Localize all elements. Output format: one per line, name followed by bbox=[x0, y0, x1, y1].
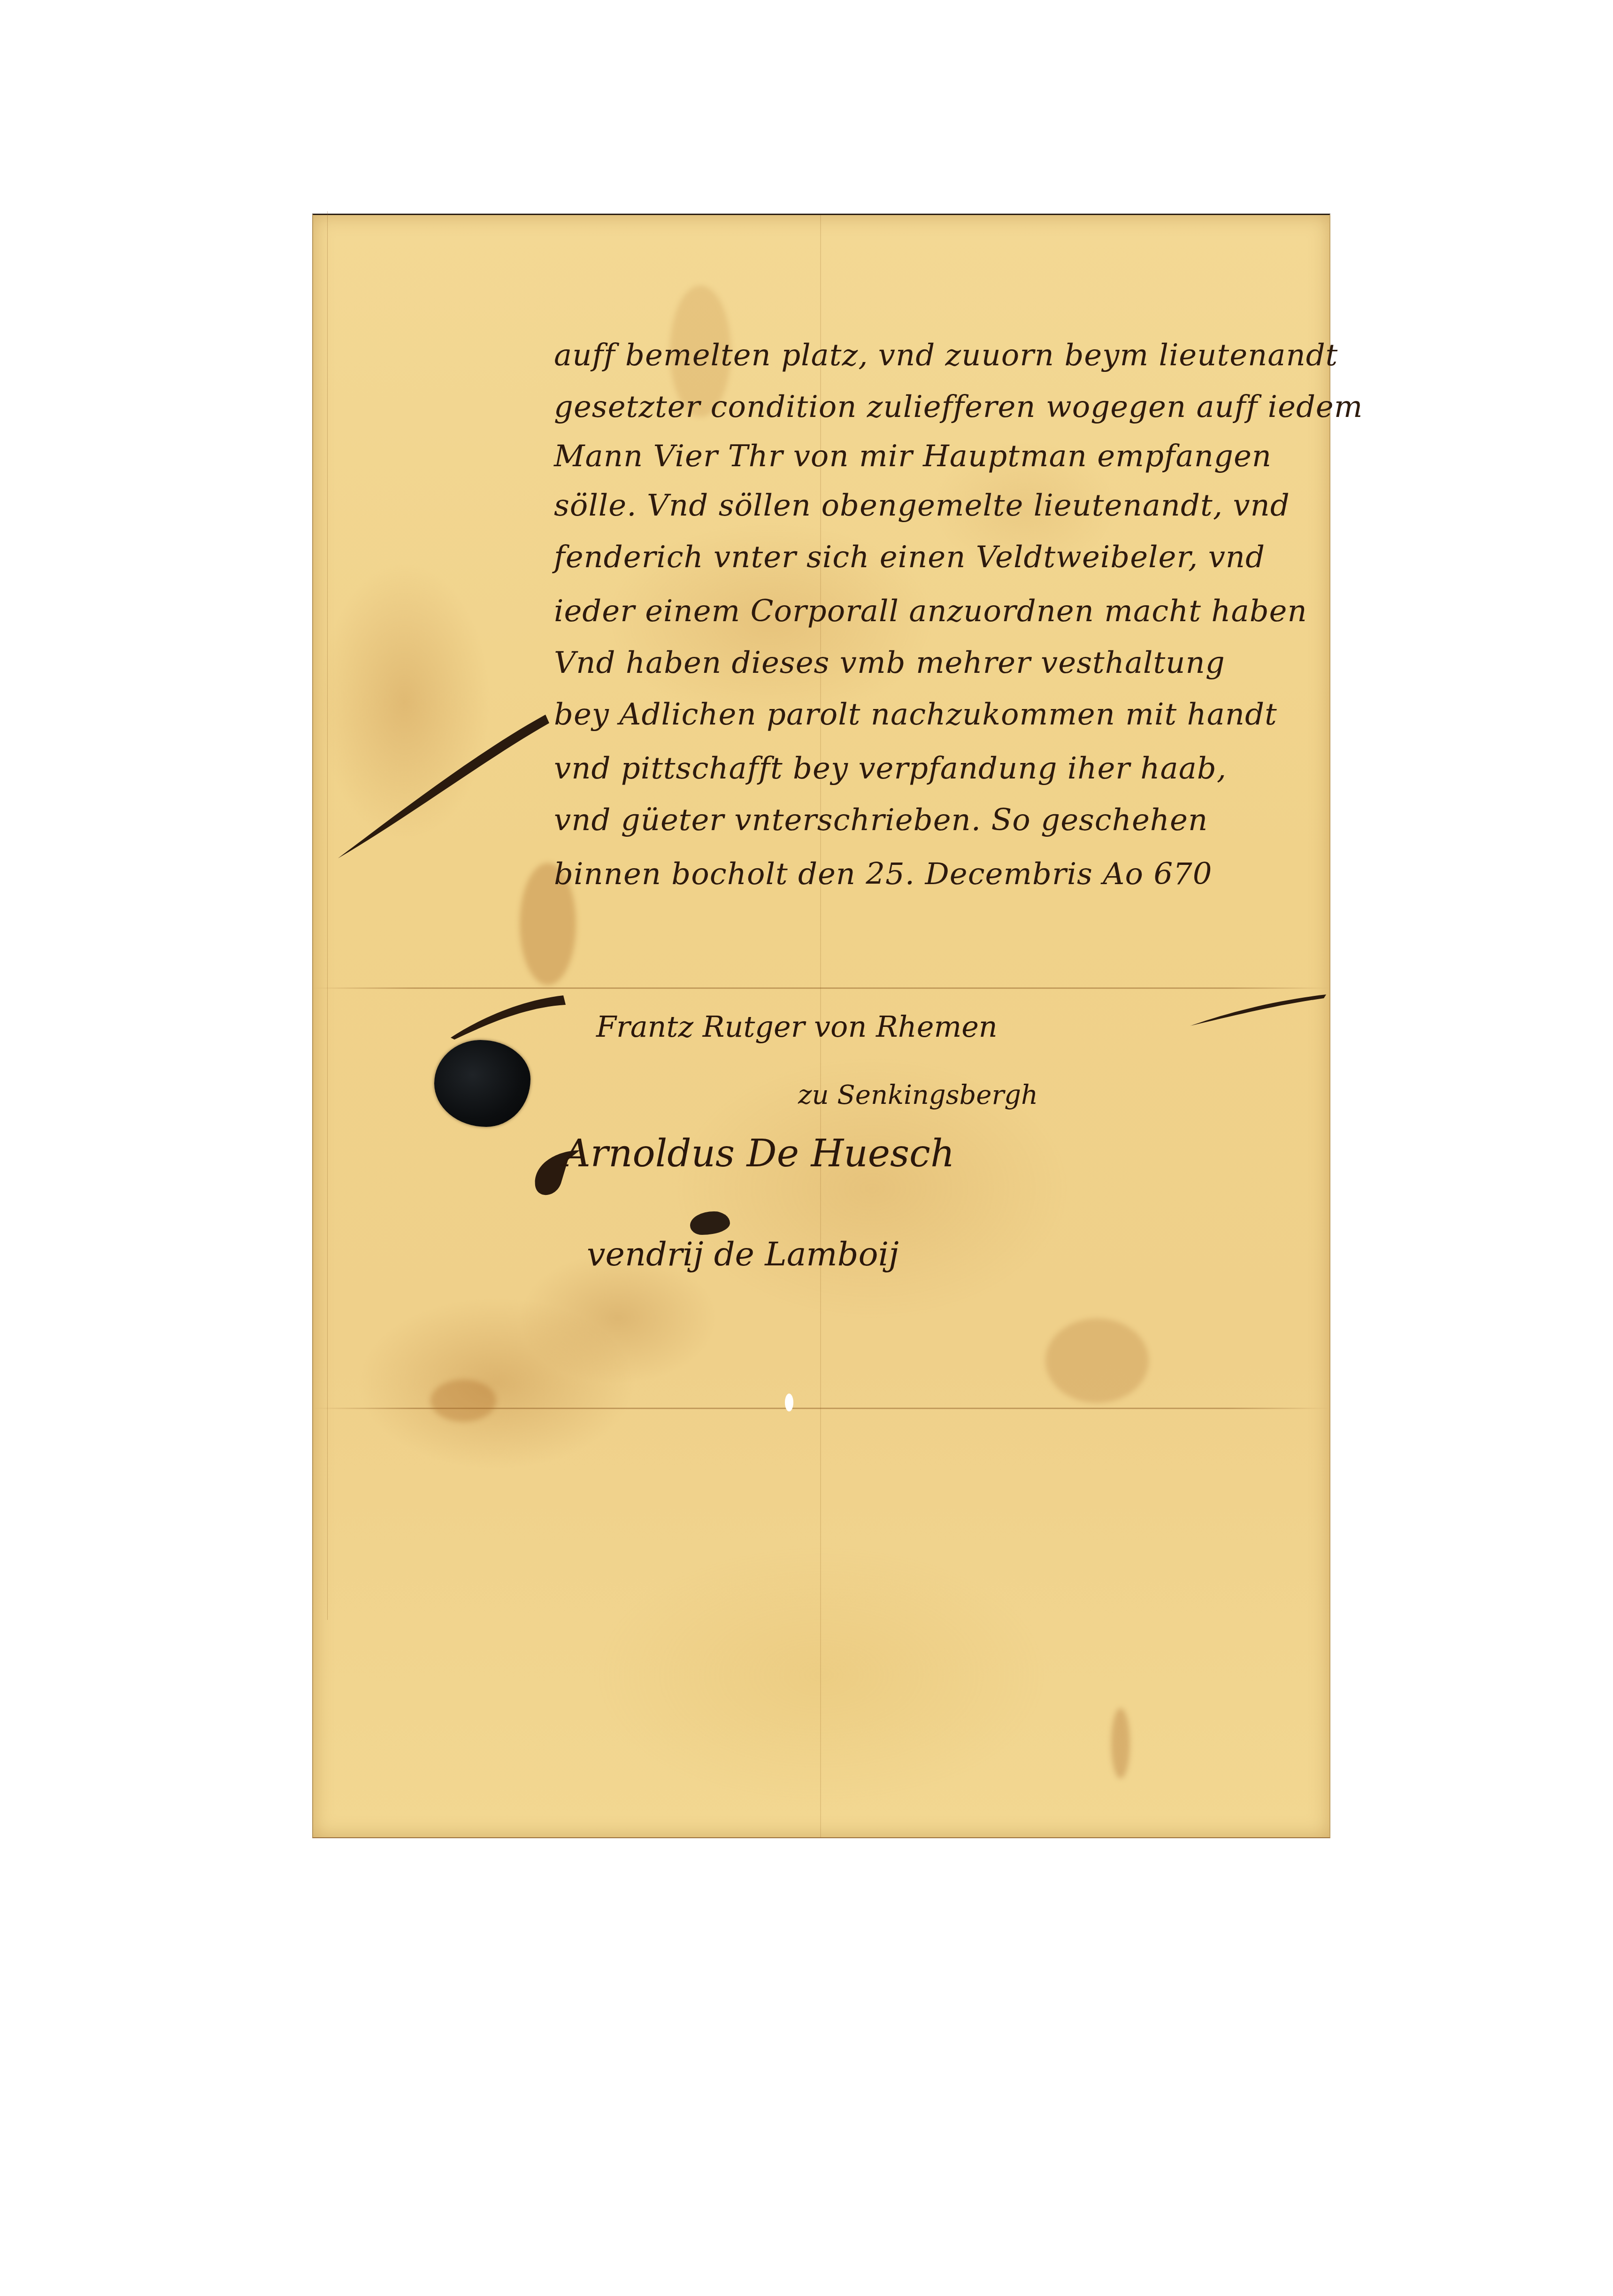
water-stain bbox=[1111, 1708, 1130, 1779]
margin-flourish-stroke bbox=[329, 709, 554, 864]
text-line: fenderich vnter sich einen Veldtweibeler… bbox=[554, 540, 1265, 575]
text-line: Vnd haben dieses vmb mehrer vesthaltung bbox=[554, 646, 1225, 680]
date-underline-flourish bbox=[1188, 991, 1329, 1028]
text-line: Mann Vier Thr von mir Hauptman empfangen bbox=[554, 439, 1272, 474]
text-line: bey Adlichen parolt nachzukommen mit han… bbox=[554, 697, 1277, 732]
wax-seal bbox=[434, 1040, 530, 1127]
text-line: gesetzter condition zuliefferen wogegen … bbox=[554, 390, 1363, 424]
text-line: sölle. Vnd söllen obengemelte lieutenand… bbox=[554, 488, 1290, 523]
text-line: ieder einem Corporall anzuordnen macht h… bbox=[554, 594, 1307, 629]
signature-flourish bbox=[446, 991, 568, 1042]
water-stain bbox=[1045, 1318, 1149, 1403]
horizontal-fold-line bbox=[313, 987, 1329, 989]
signature-vendrij-de-lamboij: vendrij de Lamboij bbox=[587, 1235, 899, 1273]
signature-title-senkingsbergh: zu Senkingsbergh bbox=[798, 1080, 1038, 1110]
signature-frantz-rutger-von-rhemen: Frantz Rutger von Rhemen bbox=[596, 1009, 998, 1044]
paper-hole bbox=[785, 1394, 793, 1411]
date-line: binnen bocholt den 25. Decembris Ao 670 bbox=[554, 857, 1213, 892]
text-line: vnd güeter vnterschrieben. So geschehen bbox=[554, 803, 1208, 838]
signature-arnoldus-de-huesch: Arnoldus De Huesch bbox=[563, 1132, 954, 1175]
water-stain bbox=[430, 1379, 496, 1422]
text-line: auff bemelten platz, vnd zuuorn beym lie… bbox=[554, 338, 1338, 373]
text-line: vnd pittschafft bey verpfandung iher haa… bbox=[554, 751, 1227, 786]
